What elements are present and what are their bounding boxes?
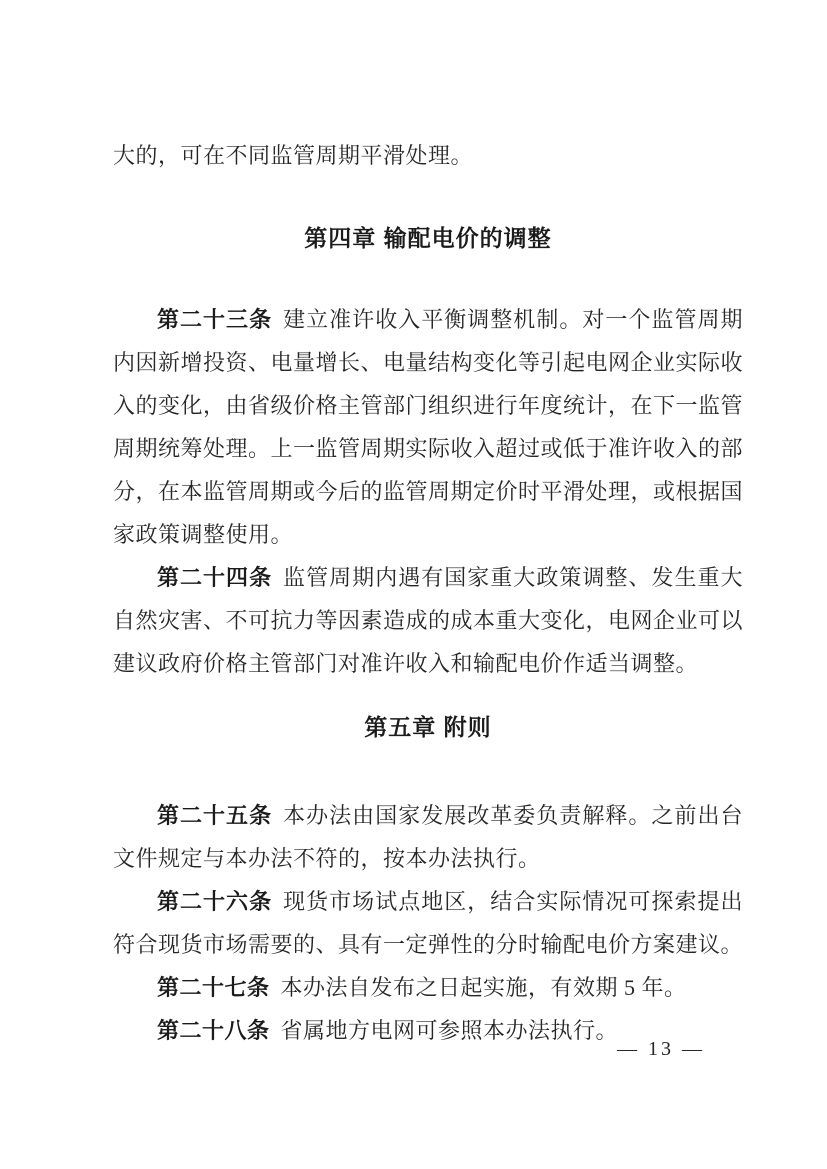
article-27-text: 本办法自发布之日起实施，有效期 5 年。 xyxy=(281,975,687,1000)
article-27: 第二十七条本办法自发布之日起实施，有效期 5 年。 xyxy=(113,966,743,1009)
paragraph-continuation: 大的，可在不同监管周期平滑处理。 xyxy=(113,134,743,177)
article-26: 第二十六条现货市场试点地区，结合实际情况可探索提出符合现货市场需要的、具有一定弹… xyxy=(113,880,743,966)
article-23-number: 第二十三条 xyxy=(157,307,272,332)
chapter-heading-4: 第四章 输配电价的调整 xyxy=(113,217,743,260)
page-number: — 13 — xyxy=(617,1036,705,1062)
article-24-number: 第二十四条 xyxy=(157,565,272,590)
article-23: 第二十三条建立准许收入平衡调整机制。对一个监管周期内因新增投资、电量增长、电量结… xyxy=(113,298,743,556)
article-24: 第二十四条监管周期内遇有国家重大政策调整、发生重大自然灾害、不可抗力等因素造成的… xyxy=(113,556,743,685)
article-27-number: 第二十七条 xyxy=(157,975,270,1000)
article-25-number: 第二十五条 xyxy=(157,803,272,828)
article-26-number: 第二十六条 xyxy=(157,889,272,914)
article-28-text: 省属地方电网可参照本办法执行。 xyxy=(281,1018,619,1043)
article-23-text: 建立准许收入平衡调整机制。对一个监管周期内因新增投资、电量增长、电量结构变化等引… xyxy=(113,307,743,547)
article-25: 第二十五条本办法由国家发展改革委负责解释。之前出台文件规定与本办法不符的，按本办… xyxy=(113,794,743,880)
article-28-number: 第二十八条 xyxy=(157,1018,270,1043)
chapter-heading-5: 第五章 附则 xyxy=(113,706,743,749)
document-page: 大的，可在不同监管周期平滑处理。 第四章 输配电价的调整 第二十三条建立准许收入… xyxy=(0,0,827,1169)
